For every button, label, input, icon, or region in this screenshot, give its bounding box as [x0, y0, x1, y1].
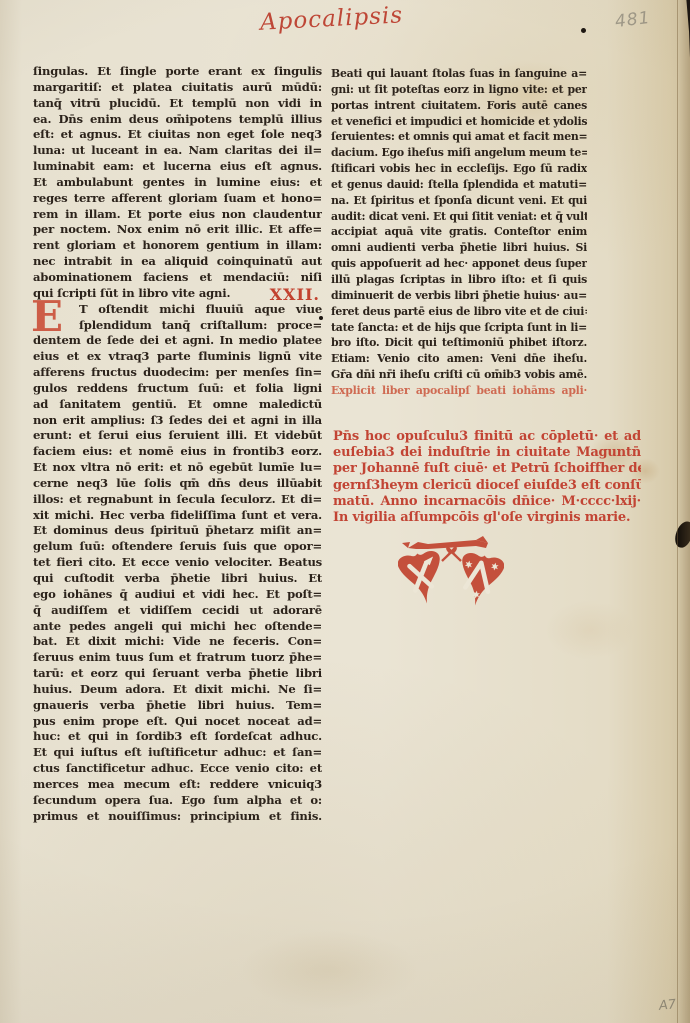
text-line: ad ſanitatem gentiū. Et omne maledictū	[33, 397, 322, 413]
text-line: illos: et regnabunt in ſecula ſeculorz. …	[33, 492, 322, 508]
text-line: eſt: et agnus. Et ciuitas non eget ſole …	[33, 127, 322, 143]
text-line: huc: et qui in ſordib3 eſt ſordeſcat adh…	[33, 729, 322, 745]
text-line: rem in illam. Et porte eius non claudent…	[33, 207, 322, 223]
text-line: rent gloriam et honorem gentium in illam…	[33, 238, 322, 254]
text-line: ante pedes angeli qui michi hec oſtende=	[33, 619, 322, 635]
text-line: ego iohānes q̄ audiui et vidi hec. Et po…	[33, 587, 322, 603]
colophon-line: euſebia3 dei induſtrie in ciuitate Magun…	[333, 445, 641, 461]
device-branch	[402, 536, 488, 549]
text-line: ſecundum opera ſua. Ego ſum alpha et o:	[33, 793, 322, 809]
text-line: Etiam: Venio cito amen: Veni dn̄e iheſu.	[331, 351, 587, 367]
text-line: ſeruientes: et omnis qui amat et facit m…	[331, 129, 587, 145]
running-title: Apocalipsis	[259, 2, 403, 35]
left-column-bottom: dentem de ſede dei et agni. In medio pla…	[33, 333, 322, 824]
text-line: Gr̄a dn̄i nr̄i iheſu criſti cū om̄ib3 vo…	[331, 367, 587, 383]
paper-stain	[240, 930, 420, 1010]
left-column-top: ſingulas. Et ſingle porte erant ex ſingu…	[33, 64, 322, 286]
text-line: et genus dauid: ſtella ſplendida et matu…	[331, 177, 587, 193]
text-line: merces mea mecum eſt: reddere vnicuiq3	[33, 777, 322, 793]
text-line: abominationem faciens et mendaciū: niſi	[33, 270, 322, 286]
text-line: dacium. Ego iheſus miſi angelum meum te=	[331, 145, 587, 161]
text-line: pus enim prope eſt. Qui nocet noceat ad=	[33, 714, 322, 730]
colophon-line: per Johannē fuſt ciuē· et Petrū ſchoiffh…	[333, 461, 641, 477]
text-line: erunt: et ſerui eius ſeruient illi. Et v…	[33, 428, 322, 444]
text-line: portas intrent ciuitatem. Foris autē can…	[331, 98, 587, 114]
text-line: tarū: et eorz qui ſeruant verba p̄hetie …	[33, 666, 322, 682]
text-line: ctus ſanctificetur adhuc. Ecce venio cit…	[33, 761, 322, 777]
text-line: Beati qui lauant ſtolas ſuas in ſanguine…	[331, 66, 587, 82]
text-line: tet fieri cito. Et ecce venio velociter.…	[33, 555, 322, 571]
explicit-line: Explicit liber apocalipſ beati iohāms ap…	[331, 383, 587, 399]
text-line: faciem eius: et nomē eius in frontib3 eo…	[33, 444, 322, 460]
text-line: dentem de ſede dei et agni. In medio pla…	[33, 333, 322, 349]
text-line: qui cuſtodit verba p̄hetie libri huius. …	[33, 571, 322, 587]
text-line: xit michi. Hec verba fideliſſima ſunt et…	[33, 508, 322, 524]
ink-speck	[319, 316, 323, 320]
text-line: primus et nouiſſimus: principium et fini…	[33, 809, 322, 825]
text-line: per noctem. Nox enim nō erit illic. Et a…	[33, 222, 322, 238]
paper-stain	[545, 600, 635, 660]
text-line: ſtificari vobis hec in eccleſijs. Ego ſū…	[331, 161, 587, 177]
text-line: ſeruus enim tuus ſum et fratrum tuorz p̄…	[33, 650, 322, 666]
text-line: ſingulas. Et ſingle porte erant ex ſingu…	[33, 64, 322, 80]
text-line: reges terre afferent gloriam ſuam et hon…	[33, 191, 322, 207]
text-line: luna: ut luceant in ea. Nam claritas dei…	[33, 143, 322, 159]
text-line: illū plagas ſcriptas in libro iſto: et ſ…	[331, 272, 587, 288]
corner-note: A7	[658, 997, 677, 1014]
text-line: Et nox vltra nō erit: et nō egebūt lumīe…	[33, 460, 322, 476]
chapter-number: XXII.	[270, 288, 322, 302]
left-shield	[398, 549, 448, 607]
text-line: Et dominus deus ſpirituū p̄hetarz miſit …	[33, 523, 322, 539]
colophon: Pn̄s hoc opuſculu3 finitū ac cōpletū· et…	[333, 429, 641, 526]
text-line: q̄ audiſſem et vidiſſem cecidi ut adorar…	[33, 603, 322, 619]
text-line: Et qui iuſtus eſt iuſtificetur adhuc: et…	[33, 745, 322, 761]
text-line: gulos reddens fructum ſuū: et folia lign…	[33, 381, 322, 397]
text-line: margaritiſ: et platea ciuitatis aurū mūd…	[33, 80, 322, 96]
text-line: gelum ſuū: oſtendere ſeruis ſuis que opo…	[33, 539, 322, 555]
text-line: quis appoſuerit ad hec· apponet deus ſup…	[331, 256, 587, 272]
text-line: huius. Deum adora. Et dixit michi. Ne ſi…	[33, 682, 322, 698]
text-line: et venefici et impudici et homicide et y…	[331, 114, 587, 130]
left-column: ſingulas. Et ſingle porte erant ex ſingu…	[33, 64, 322, 825]
right-column-text: Beati qui lauant ſtolas ſuas in ſanguine…	[331, 66, 587, 383]
colophon-line: gernſ3heym clericū dioceſ eiuſde3 eſt co…	[333, 478, 641, 494]
right-shield	[454, 551, 504, 607]
text-line: tate ſancta: et de hijs que ſcripta ſunt…	[331, 320, 587, 336]
text-line: gnaueris verba p̄hetie libri huius. Tem=	[33, 698, 322, 714]
text-line: diminuerit de verbis libri p̄hetie huius…	[331, 288, 587, 304]
chapter-opening: E T oſtendit michi fluuiū aque viueſplen…	[33, 302, 322, 334]
drop-cap-initial: E	[31, 300, 63, 334]
text-line: T oſtendit michi fluuiū aque viue	[33, 302, 322, 318]
text-line: ſplendidum tanq̄ criſtallum: proce=	[33, 318, 322, 334]
colophon-line: Pn̄s hoc opuſculu3 finitū ac cōpletū· et…	[333, 429, 641, 445]
colophon-line: matū. Anno incarnacōis dn̄ice· M·cccc·lx…	[333, 494, 641, 510]
page: Apocalipsis 481 ſingulas. Et ſingle port…	[0, 0, 690, 1023]
chapter-line: qui ſcripti ſūt in libro vite agni. XXII…	[33, 286, 322, 302]
text-line: omni audienti verba p̄hetie libri huius.…	[331, 240, 587, 256]
text-line: non erit amplius: ſ3 ſedes dei et agni i…	[33, 413, 322, 429]
ink-speck	[581, 28, 586, 33]
colophon-line: In vigilia aſſumpcōis gl'oſe virginis ma…	[333, 510, 641, 526]
text-line: Et ambulabunt gentes in lumine eius: et	[33, 175, 322, 191]
text-line: feret deus partē eius de libro vite et d…	[331, 304, 587, 320]
text-line: audit: dicat veni. Et qui ſitit veniat: …	[331, 209, 587, 225]
text-line: afferens fructus duodecim: per menſes ſi…	[33, 365, 322, 381]
text-line: accipiat aquā vite gratis. Conteſtor eni…	[331, 224, 587, 240]
text-line: luminabit eam: et lucerna eius eſt agnus…	[33, 159, 322, 175]
text-line: tanq̄ vitrū plucidū. Et templū non vidi …	[33, 96, 322, 112]
right-column: Beati qui lauant ſtolas ſuas in ſanguine…	[331, 66, 587, 399]
text-line: na. Et ſpiritus et ſponſa dicunt veni. E…	[331, 193, 587, 209]
text-line: bat. Et dixit michi: Vide ne feceris. Co…	[33, 634, 322, 650]
text-line: ea. Dn̄s enim deus om̄ipotens templū ill…	[33, 112, 322, 128]
text-line: eius et ex vtraq3 parte fluminis lignū v…	[33, 349, 322, 365]
text-line: cerne neq3 lūe ſolis qm̄ dn̄s deus illūa…	[33, 476, 322, 492]
page-fore-edge	[677, 0, 690, 1023]
text-line: nec intrabit in ea aliquid coinquinatū a…	[33, 254, 322, 270]
text-line: bro iſto. Dicit qui teſtimoniū phibet iſ…	[331, 335, 587, 351]
indented-lines: T oſtendit michi fluuiū aque viueſplendi…	[33, 302, 322, 334]
text-line: gni: ut ſit poteſtas eorz in ligno vite:…	[331, 82, 587, 98]
folio-number: 481	[614, 8, 652, 32]
printer-device	[398, 535, 504, 607]
